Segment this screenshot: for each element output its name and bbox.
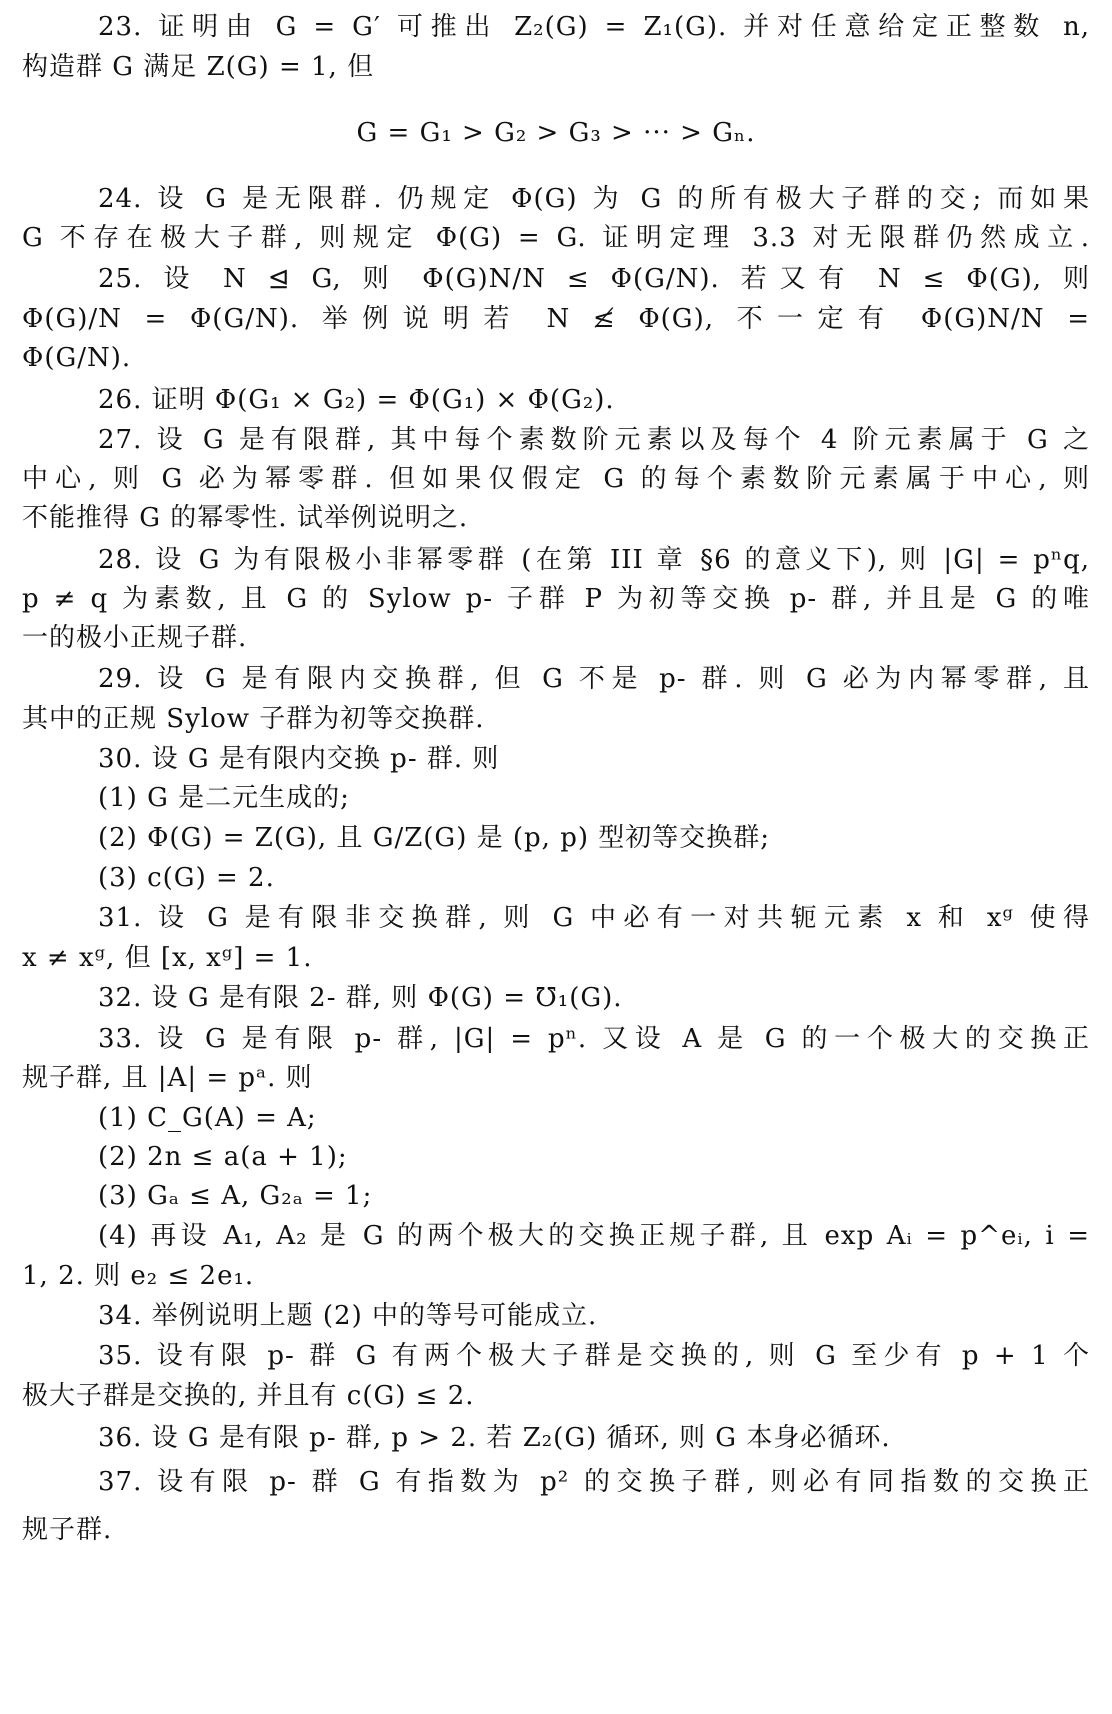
problem-27-line-3: 不能推得 G 的幂零性. 试举例说明之.: [22, 499, 1090, 537]
problem-27-line-2: 中心, 则 G 必为幂零群. 但如果仅假定 G 的每个素数阶元素属于中心, 则: [22, 460, 1090, 498]
problem-30-line-1: 30. 设 G 是有限内交换 p- 群. 则: [98, 740, 1090, 778]
problem-28-line-1: 28. 设 G 为有限极小非幂零群 (在第 III 章 §6 的意义下), 则 …: [98, 541, 1090, 579]
problem-28-line-2: p ≠ q 为素数, 且 G 的 Sylow p- 子群 P 为初等交换 p- …: [22, 580, 1090, 618]
problem-24-line-1: 24. 设 G 是无限群. 仍规定 Φ(G) 为 G 的所有极大子群的交; 而如…: [98, 180, 1090, 218]
problem-23-display-formula: G = G₁ > G₂ > G₃ > ··· > Gₙ.: [0, 114, 1112, 152]
problem-28-line-3: 一的极小正规子群.: [22, 619, 1090, 657]
problem-33-item-2: (2) 2n ≤ a(a + 1);: [98, 1138, 1112, 1176]
problem-25-line-2: Φ(G)/N = Φ(G/N). 举例说明若 N ≰ Φ(G), 不一定有 Φ(…: [22, 300, 1090, 338]
problem-35-line-2: 极大子群是交换的, 并且有 c(G) ≤ 2.: [22, 1377, 1090, 1415]
problem-23-line-2: 构造群 G 满足 Z(G) = 1, 但: [22, 48, 1090, 86]
document-page: 23. 证明由 G = G′ 可推出 Z₂(G) = Z₁(G). 并对任意给定…: [0, 0, 1112, 1714]
problem-37-line-1: 37. 设有限 p- 群 G 有指数为 p² 的交换子群, 则必有同指数的交换正: [98, 1463, 1090, 1501]
problem-36-line-1: 36. 设 G 是有限 p- 群, p > 2. 若 Z₂(G) 循环, 则 G…: [98, 1419, 1090, 1457]
problem-34-line-1: 34. 举例说明上题 (2) 中的等号可能成立.: [98, 1297, 1090, 1335]
problem-30-item-3: (3) c(G) = 2.: [98, 859, 1112, 897]
problem-23-line-1: 23. 证明由 G = G′ 可推出 Z₂(G) = Z₁(G). 并对任意给定…: [98, 8, 1090, 46]
problem-31-line-1: 31. 设 G 是有限非交换群, 则 G 中必有一对共轭元素 x 和 xᵍ 使得: [98, 899, 1090, 937]
problem-33-line-2: 规子群, 且 |A| = pᵃ. 则: [22, 1059, 1090, 1097]
problem-33-item-3: (3) Gₐ ≤ A, G₂ₐ = 1;: [98, 1177, 1112, 1215]
problem-35-line-1: 35. 设有限 p- 群 G 有两个极大子群是交换的, 则 G 至少有 p + …: [98, 1337, 1090, 1375]
problem-25-line-3: Φ(G/N).: [22, 339, 1090, 377]
problem-29-line-2: 其中的正规 Sylow 子群为初等交换群.: [22, 700, 1090, 738]
problem-33-item-4-continued: 1, 2. 则 e₂ ≤ 2e₁.: [22, 1257, 1090, 1295]
problem-30-item-2: (2) Φ(G) = Z(G), 且 G/Z(G) 是 (p, p) 型初等交换…: [98, 819, 1112, 857]
problem-33-line-1: 33. 设 G 是有限 p- 群, |G| = pⁿ. 又设 A 是 G 的一个…: [98, 1020, 1090, 1058]
problem-24-line-2: G 不存在极大子群, 则规定 Φ(G) = G. 证明定理 3.3 对无限群仍然…: [22, 219, 1090, 257]
problem-29-line-1: 29. 设 G 是有限内交换群, 但 G 不是 p- 群. 则 G 必为内幂零群…: [98, 660, 1090, 698]
problem-27-line-1: 27. 设 G 是有限群, 其中每个素数阶元素以及每个 4 阶元素属于 G 之: [98, 421, 1090, 459]
problem-37-line-2: 规子群.: [22, 1511, 1090, 1549]
problem-32-line-1: 32. 设 G 是有限 2- 群, 则 Φ(G) = ℧₁(G).: [98, 979, 1090, 1017]
problem-30-item-1: (1) G 是二元生成的;: [98, 779, 1112, 817]
problem-31-line-2: x ≠ xᵍ, 但 [x, xᵍ] = 1.: [22, 939, 1090, 977]
problem-25-line-1: 25. 设 N ⊴ G, 则 Φ(G)N/N ≤ Φ(G/N). 若又有 N ≤…: [98, 260, 1090, 298]
problem-33-item-4: (4) 再设 A₁, A₂ 是 G 的两个极大的交换正规子群, 且 exp Aᵢ…: [98, 1217, 1090, 1255]
problem-26-line-1: 26. 证明 Φ(G₁ × G₂) = Φ(G₁) × Φ(G₂).: [98, 381, 1090, 419]
problem-33-item-1: (1) C_G(A) = A;: [98, 1099, 1112, 1137]
